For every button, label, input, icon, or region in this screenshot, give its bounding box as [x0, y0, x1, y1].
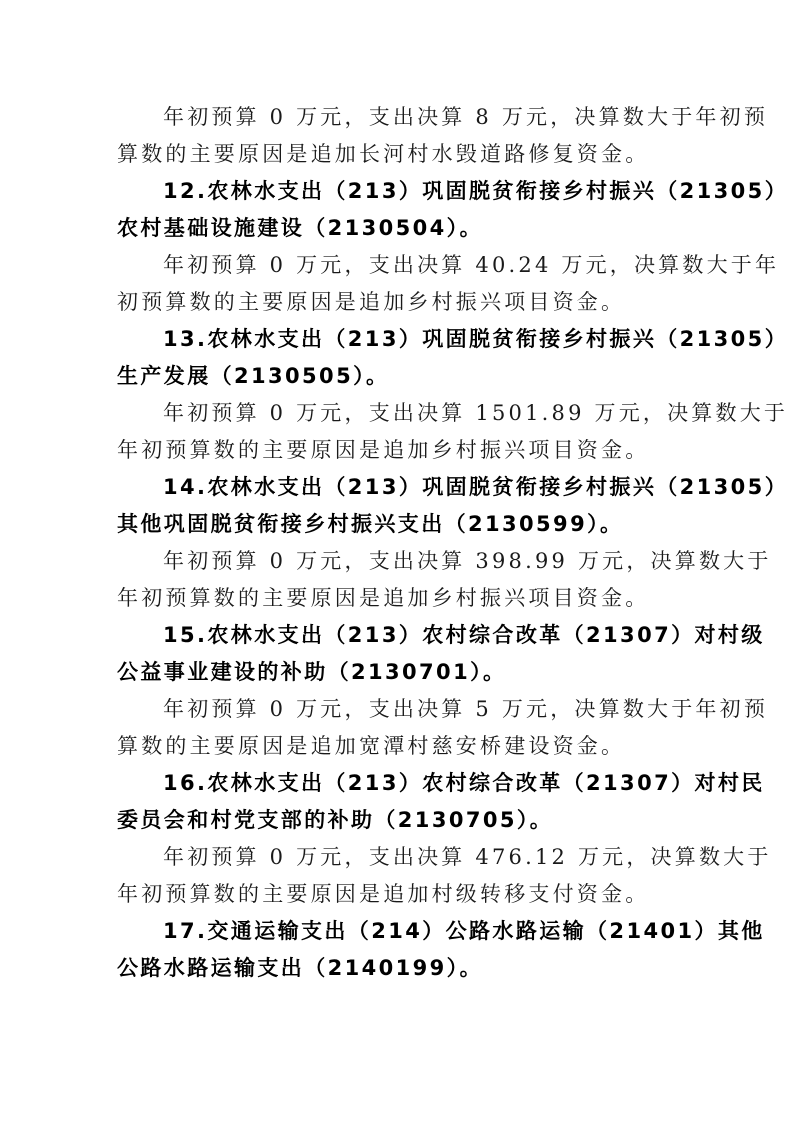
- body-text-line: 年初预算 0 万元，支出决算 40.24 万元，决算数大于年: [163, 247, 687, 284]
- section-heading-16-cont: 委员会和村党支部的补助（2130705）。: [117, 802, 687, 839]
- section-heading-17: 17.交通运输支出（214）公路水路运输（21401）其他: [163, 913, 687, 950]
- body-text-line: 年初预算数的主要原因是追加乡村振兴项目资金。: [117, 432, 687, 469]
- body-text-line: 年初预算 0 万元，支出决算 476.12 万元，决算数大于: [163, 839, 687, 876]
- body-text-line: 算数的主要原因是追加长河村水毁道路修复资金。: [117, 136, 687, 173]
- document-page: 年初预算 0 万元，支出决算 8 万元，决算数大于年初预 算数的主要原因是追加长…: [0, 0, 793, 1122]
- body-text-line: 年初预算 0 万元，支出决算 1501.89 万元，决算数大于: [163, 395, 687, 432]
- section-heading-13-cont: 生产发展（2130505）。: [117, 358, 687, 395]
- section-heading-12-cont: 农村基础设施建设（2130504）。: [117, 210, 687, 247]
- body-text-line: 初预算数的主要原因是追加乡村振兴项目资金。: [117, 284, 687, 321]
- body-text-line: 年初预算 0 万元，支出决算 8 万元，决算数大于年初预: [163, 99, 687, 136]
- section-heading-15: 15.农林水支出（213）农村综合改革（21307）对村级: [163, 617, 687, 654]
- section-heading-13: 13.农林水支出（213）巩固脱贫衔接乡村振兴（21305）: [163, 321, 687, 358]
- section-heading-15-cont: 公益事业建设的补助（2130701）。: [117, 654, 687, 691]
- section-heading-12: 12.农林水支出（213）巩固脱贫衔接乡村振兴（21305）: [163, 173, 687, 210]
- body-text-line: 年初预算 0 万元，支出决算 398.99 万元，决算数大于: [163, 543, 687, 580]
- section-heading-16: 16.农林水支出（213）农村综合改革（21307）对村民: [163, 765, 687, 802]
- section-heading-17-cont: 公路水路运输支出（2140199）。: [117, 950, 687, 987]
- body-text-line: 年初预算数的主要原因是追加村级转移支付资金。: [117, 876, 687, 913]
- section-heading-14-cont: 其他巩固脱贫衔接乡村振兴支出（2130599）。: [117, 506, 687, 543]
- body-text-line: 年初预算数的主要原因是追加乡村振兴项目资金。: [117, 580, 687, 617]
- section-heading-14: 14.农林水支出（213）巩固脱贫衔接乡村振兴（21305）: [163, 469, 687, 506]
- body-text-line: 年初预算 0 万元，支出决算 5 万元，决算数大于年初预: [163, 691, 687, 728]
- body-text-line: 算数的主要原因是追加宽潭村慈安桥建设资金。: [117, 728, 687, 765]
